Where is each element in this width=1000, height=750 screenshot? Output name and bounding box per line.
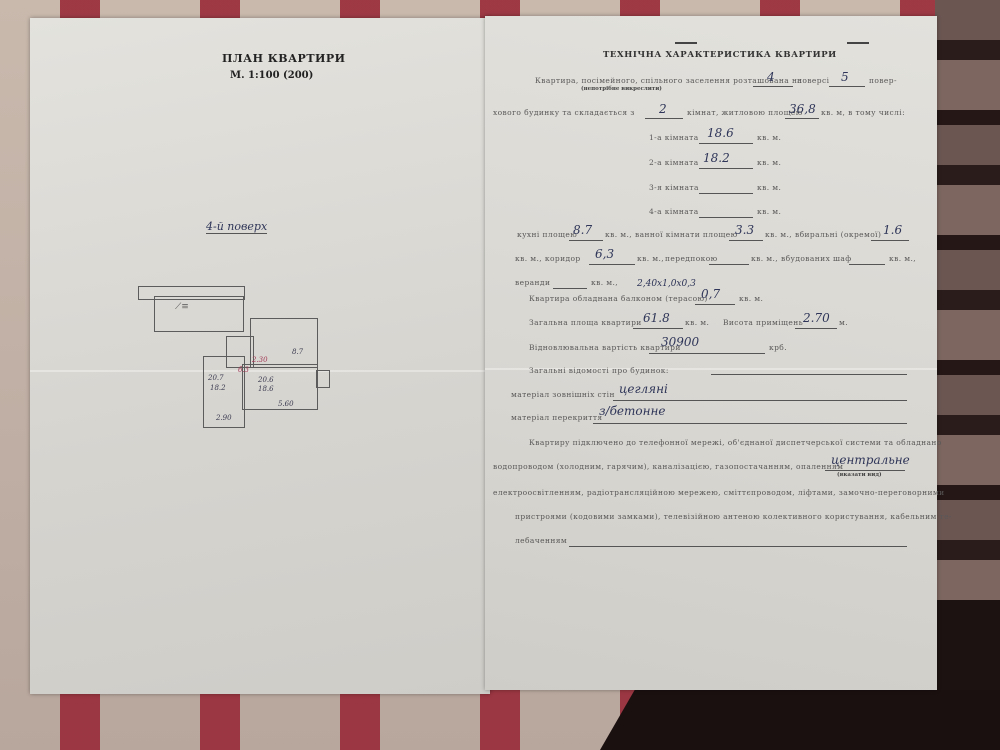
room-label: 1-а кімната [649,133,699,142]
building-info-label: Загальні відомості про будинок: [529,366,669,375]
underline [785,118,819,119]
underline [699,193,753,194]
room-label: 3-я кімната [649,183,699,192]
floor-label-text: поверсі [797,76,829,85]
veranda-label: веранди [515,278,550,287]
room-unit: кв. м. [757,183,781,192]
underline [825,470,905,471]
height-unit: м. [839,318,848,327]
underline [593,423,907,424]
kitchen-label: кухні площею [517,230,577,239]
room-value: 18.2 [703,151,730,165]
underline [649,353,765,354]
underline [753,86,793,87]
room-label: 4-а кімната [649,207,699,216]
room-unit: кв. м. [757,158,781,167]
page-title: ТЕХНІЧНА ХАРАКТЕРИСТИКА КВАРТИРИ [603,50,837,60]
strike-note: (непотрібне викреслити) [581,86,662,92]
underline [709,264,749,265]
balcony-dimensions-note: 2,40x1,0x0,3 [637,279,696,289]
total-area-unit: кв. м. [685,318,709,327]
floors-value: з/бетонне [599,404,666,418]
utilities-text-1: Квартиру підключено до телефонної мережі… [529,438,942,447]
room-unit: кв. м. [757,207,781,216]
bathroom-label: ванної кімнати площею [635,230,738,239]
heating-value: центральне [831,453,910,467]
heating-note: (вказати вид) [837,472,882,478]
stairs-icon: ⟋≡ [175,302,189,312]
dim-2-30: 2.30 [252,356,268,364]
utilities-text-2: водопроводом (холодним, гарячим), каналі… [493,462,843,471]
underline [613,400,907,401]
bathroom-value: 3.3 [735,223,754,237]
cost-value: 30900 [661,335,699,349]
underline [645,118,683,119]
closets-unit: кв. м., [889,254,916,263]
corridor-label: б.3 [238,366,249,374]
hallway-unit: кв. м., [751,254,778,263]
underline [699,168,753,169]
underline [695,304,735,305]
room-1-label: 20.6 [258,376,274,384]
room-1-sub: 18.6 [258,385,274,393]
underline [633,328,683,329]
floor-value: 4 [767,70,775,84]
living-area-value: 36,8 [789,102,816,116]
veranda-unit: кв. м., [591,278,618,287]
floor-plan-page: ПЛАН КВАРТИРИ М. 1:100 (200) 4-й поверх … [30,18,490,694]
underline [699,217,753,218]
underline [871,240,909,241]
corridor-label: кв. м., коридор [515,254,581,263]
hallway-label: передпокою [665,254,718,263]
corridor-unit: кв. м., [637,254,664,263]
room-2-label: 20.7 [208,374,224,382]
plan-balcony [316,370,330,388]
utilities-text-4: пристроями (кодовими замками), телевізій… [515,512,952,521]
underline [829,86,865,87]
underline [553,288,587,289]
kitchen-value: 8.7 [573,223,592,237]
bathroom-unit: кв. м., [765,230,792,239]
room-unit: кв. м. [757,133,781,142]
technical-characteristics-page: ТЕХНІЧНА ХАРАКТЕРИСТИКА КВАРТИРИ Квартир… [485,16,937,690]
toilet-label: вбиральні (окремої) [795,230,881,239]
underline [711,374,907,375]
dim-2-90: 2.90 [216,414,232,422]
kitchen-label: 8.7 [292,348,303,356]
balcony-label: Квартира обладнана балконом (терасою) [529,294,708,303]
height-value: 2.70 [803,311,830,325]
walls-label: матеріал зовнішніх стін [511,390,615,399]
closets-label: вбудованих шаф [781,254,852,263]
underline [729,240,763,241]
cost-label: Відновлювальна вартість квартири [529,343,681,352]
dim-5-60: 5.60 [278,400,294,408]
underline [795,328,837,329]
balcony-value: 0,7 [701,287,720,301]
floor-label: 4-й поверх [206,220,267,234]
walls-value: цегляні [619,382,668,396]
apartment-location-text: Квартира, посімейного, спільного заселен… [535,76,802,85]
cost-unit: крб. [769,343,787,352]
hole-mark-icon [847,36,869,44]
living-area-text: кімнат, житловою площею [687,108,803,117]
total-area-label: Загальна площа квартири [529,318,642,327]
underline [569,546,907,547]
corridor-value: 6,3 [595,247,614,261]
total-area-value: 61.8 [643,311,670,325]
total-floors-value: 5 [841,70,849,84]
plan-title: ПЛАН КВАРТИРИ [222,52,346,65]
underline [699,143,753,144]
utilities-text-3: електроосвітленням, радіотрансляційною м… [493,488,945,497]
plan-stairwell [154,296,244,332]
floors-label: матеріал перекриття [511,413,603,422]
hole-mark-icon [675,36,697,44]
underline [569,240,603,241]
rooms-count-value: 2 [659,102,667,116]
room-value: 18.6 [707,126,734,140]
utilities-text-5: лебаченням [515,536,567,545]
toilet-value: 1.6 [883,223,902,237]
underline [849,264,885,265]
room-label: 2-а кімната [649,158,699,167]
floors-suffix: повер- [869,76,897,85]
plan-scale: М. 1:100 (200) [230,70,313,81]
balcony-unit: кв. м. [739,294,763,303]
room-2-sub: 18.2 [210,384,226,392]
height-label: Висота приміщень [723,318,803,327]
kitchen-unit: кв. м., [605,230,632,239]
composition-text: хового будинку та складається з [493,108,635,117]
dark-shadow [600,690,1000,750]
underline [589,264,635,265]
living-area-suffix: кв. м, в тому числі: [821,108,905,117]
